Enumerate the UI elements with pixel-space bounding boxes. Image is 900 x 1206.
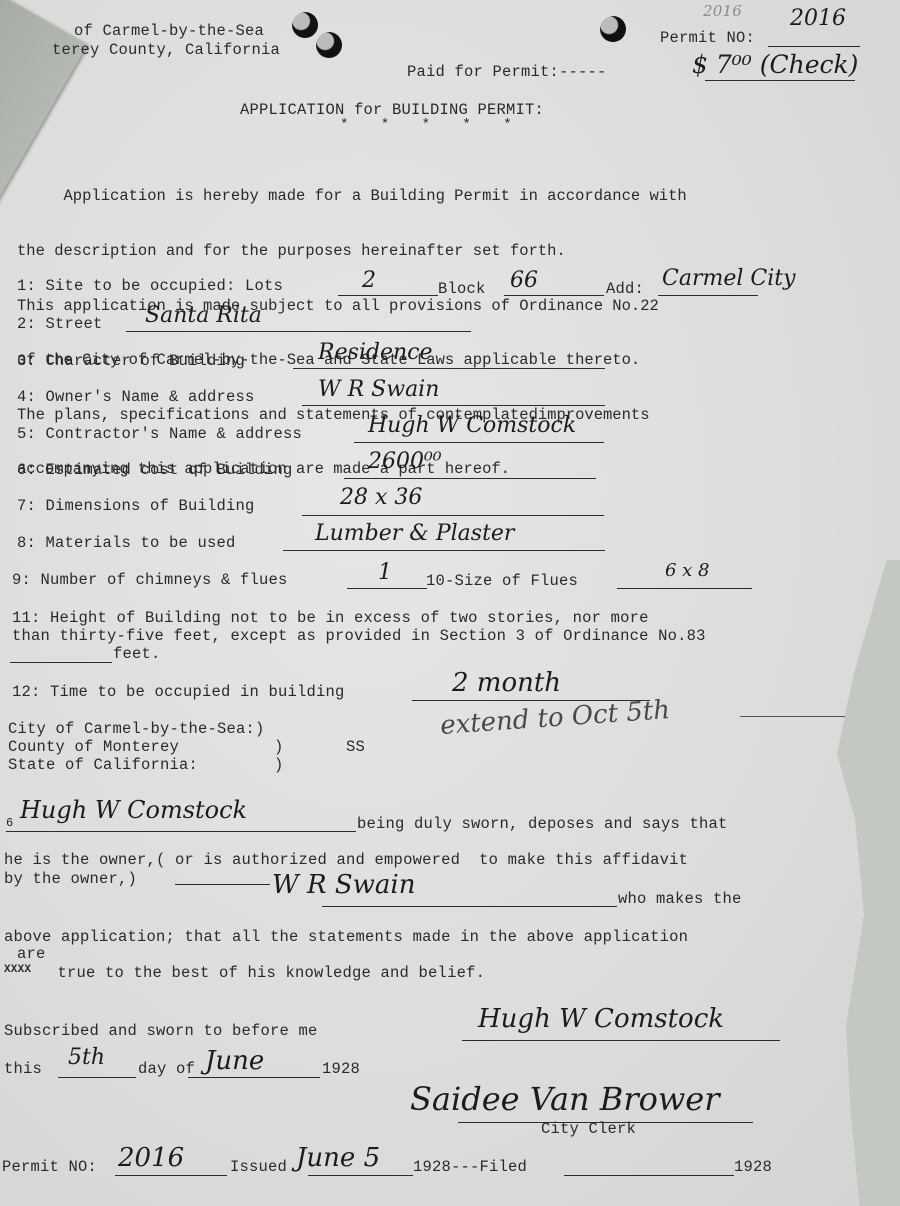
height-line-1: 11: Height of Building not to be in exce… <box>12 609 649 627</box>
paid-amount-line <box>705 80 855 81</box>
affiant-jurat-line <box>462 1040 780 1041</box>
permit-no-label: Permit NO: <box>660 29 755 47</box>
owner-signature: W R Swain <box>272 870 415 900</box>
permit-no-line <box>768 46 860 47</box>
title-stars: * * * * * <box>340 117 524 133</box>
who-makes-text: who makes the <box>618 890 742 908</box>
affiant-signature: Hugh W Comstock <box>20 796 247 824</box>
torn-paper-edge <box>810 560 900 1206</box>
block-line <box>504 295 604 296</box>
affiant-line <box>6 831 356 832</box>
this-label: this <box>4 1060 42 1078</box>
materials-line <box>283 550 605 551</box>
lots-value: 2 <box>362 268 376 293</box>
intro-line: Application is hereby made for a Buildin… <box>17 187 687 205</box>
contractor-line <box>354 442 604 443</box>
scanned-document: of Carmel-by-the-Sea terey County, Calif… <box>0 0 900 1206</box>
month-value: June <box>205 1046 264 1076</box>
punch-hole <box>316 32 342 58</box>
clerk-title: City Clerk <box>541 1120 636 1138</box>
height-feet-line <box>10 662 112 663</box>
affiant-prefix: 6 <box>6 816 13 830</box>
cost-label: 6: Estimated cost of Building <box>17 461 293 479</box>
materials-label: 8: Materials to be used <box>17 534 236 552</box>
contractor-label: 5: Contractor's Name & address <box>17 425 302 443</box>
jurat-affiant-signature: Hugh W Comstock <box>478 1004 724 1034</box>
character-label: 3: Character of Building <box>17 352 245 370</box>
dimensions-line <box>302 515 604 516</box>
flue-size-line <box>617 588 752 589</box>
intro-line: This application is made subject to all … <box>17 297 687 315</box>
footer-permit-no-label: Permit NO: <box>2 1158 97 1176</box>
permit-no-pencil: 2016 <box>703 2 742 20</box>
day-value: 5th <box>68 1045 105 1070</box>
jurat-year: 1928 <box>322 1060 360 1078</box>
street-label: 2: Street <box>17 315 103 333</box>
street-value: Santa Rita <box>145 303 262 328</box>
footer-issued-value: June 5 <box>296 1143 380 1173</box>
statement-line-2: true to the best of his knowledge and be… <box>48 964 485 982</box>
lots-line <box>338 295 438 296</box>
venue-city: City of Carmel-by-the-Sea:) <box>8 720 265 738</box>
permit-no-value: 2016 <box>790 6 846 31</box>
footer-issued-line <box>308 1175 413 1176</box>
character-value: Residence <box>318 340 433 365</box>
intro-line: the description and for the purposes her… <box>17 242 687 260</box>
intro-line: The plans, specifications and statements… <box>17 406 687 424</box>
extension-note: extend to Oct 5th <box>439 695 671 741</box>
footer-issued-label: Issued <box>230 1158 287 1176</box>
owner-statement-line-2: by the owner,) <box>4 870 137 888</box>
month-line <box>188 1077 320 1078</box>
owner-signature-line <box>322 906 617 907</box>
contractor-value: Hugh W Comstock <box>368 413 576 438</box>
footer-permit-no-value: 2016 <box>118 1143 184 1173</box>
character-line <box>293 368 605 369</box>
paid-amount-value: $ 7⁰⁰ (Check) <box>692 50 858 79</box>
addition-value: Carmel City <box>662 266 796 291</box>
punch-hole <box>600 16 626 42</box>
footer-issued-year: 1928---Filed <box>413 1158 527 1176</box>
dimensions-value: 28 x 36 <box>340 485 422 510</box>
cost-value: 2600⁰⁰ <box>368 449 442 474</box>
addition-line <box>658 295 758 296</box>
chimneys-label: 9: Number of chimneys & flues <box>12 571 288 589</box>
city-heading: of Carmel-by-the-Sea <box>74 22 264 40</box>
day-of-label: day of <box>138 1060 195 1078</box>
time-label: 12: Time to be occupied in building <box>12 683 345 701</box>
time-value: 2 month <box>452 668 561 698</box>
owner-signature-line <box>175 884 270 885</box>
statement-strikeout: XXXX <box>4 964 31 976</box>
paid-for-permit-label: Paid for Permit:----- <box>407 63 607 81</box>
street-line <box>126 331 471 332</box>
owner-statement-line-1: he is the owner,( or is authorized and e… <box>4 851 688 869</box>
footer-permit-no-line <box>115 1175 227 1176</box>
flue-size-label: 10-Size of Flues <box>426 572 578 590</box>
county-heading: terey County, California <box>52 41 280 59</box>
venue-state: State of California: ) <box>8 756 284 774</box>
chimneys-line <box>347 588 427 589</box>
punch-hole <box>292 12 318 38</box>
block-label: Block <box>438 280 486 298</box>
site-label: 1: Site to be occupied: Lots <box>17 277 283 295</box>
chimneys-value: 1 <box>378 560 392 585</box>
cost-line <box>344 478 596 479</box>
subscribed-text: Subscribed and sworn to before me <box>4 1022 318 1040</box>
footer-filed-line <box>564 1175 734 1176</box>
statement-are: are <box>17 945 46 963</box>
clerk-signature: Saidee Van Brower <box>410 1080 720 1118</box>
statement-line-1: above application; that all the statemen… <box>4 928 688 946</box>
sworn-text: being duly sworn, deposes and says that <box>357 815 728 833</box>
materials-value: Lumber & Plaster <box>315 521 514 546</box>
height-feet-label: feet. <box>113 645 161 663</box>
footer-filed-year: 1928 <box>734 1158 772 1176</box>
day-line <box>58 1077 136 1078</box>
owner-line <box>302 405 605 406</box>
block-value: 66 <box>510 268 538 293</box>
add-label: Add: <box>606 280 644 298</box>
extension-underline <box>740 716 845 717</box>
flue-size-value: 6 x 8 <box>665 560 710 581</box>
owner-value: W R Swain <box>318 377 439 402</box>
height-line-2: than thirty-five feet, except as provide… <box>12 627 706 645</box>
owner-label: 4: Owner's Name & address <box>17 388 255 406</box>
dimensions-label: 7: Dimensions of Building <box>17 497 255 515</box>
venue-county: County of Monterey ) <box>8 738 284 756</box>
venue-ss: SS <box>346 738 365 756</box>
